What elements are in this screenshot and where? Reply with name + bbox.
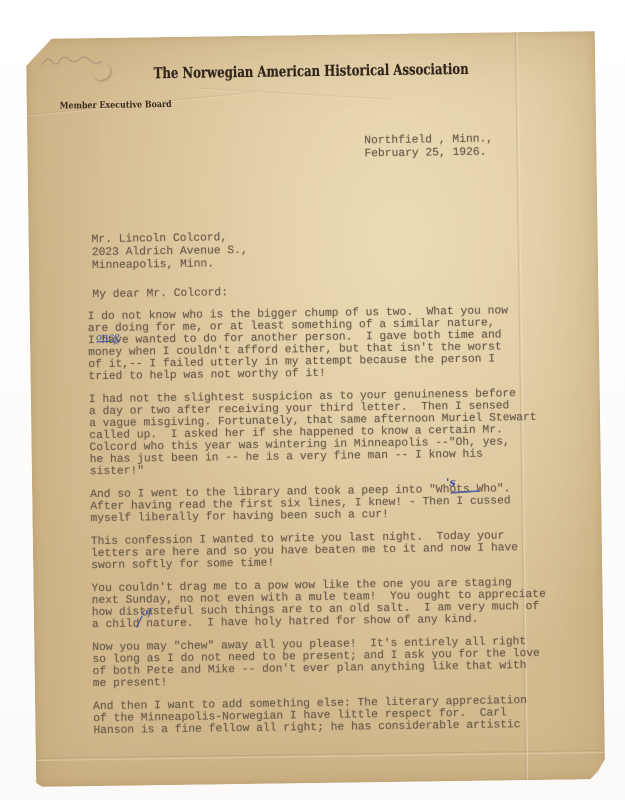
letter-paragraph: And then I want to add something else: T… [93,694,579,737]
letter-paragraph: And so I went to the library and took a … [90,482,576,525]
scan-background: The Norwegian American Historical Associ… [0,0,625,800]
caret-mark-once: ^ [112,342,120,352]
dateline: Northfield , Minn., February 25, 1926. [364,133,493,161]
letterhead-title-text: The Norwegian American Historical Associ… [153,60,468,82]
top-middle-crease [197,88,397,101]
letter-paragraph: I do not know who is the bigger chump of… [88,304,575,383]
letter-paragraph: You couldn't drag me to a pow wow like t… [91,576,578,631]
letter-paragraph: This confession I wanted to write you la… [91,529,577,572]
bottom-fold-crease [36,750,605,761]
letter-body: I do not know who is the bigger chump of… [88,304,580,748]
letter-paragraph: I had not the slightest suspicion as to … [89,387,576,478]
letter-page: The Norwegian American Historical Associ… [26,31,605,787]
handwritten-apostrophe-s: 's [446,476,456,489]
member-line-text: Member Executive Board [60,100,172,112]
recipient-address: Mr. Lincoln Colcord, 2023 Aldrich Avenue… [92,232,248,273]
letterhead-member-line: Member Executive Board [60,100,187,112]
letterhead-title: The Norwegian American Historical Associ… [26,58,595,84]
handwritten-insert-of: of [142,607,152,618]
letter-paragraph: Now you may "chew" away all you please! … [92,635,579,690]
salutation: My dear Mr. Colcord: [92,287,228,301]
